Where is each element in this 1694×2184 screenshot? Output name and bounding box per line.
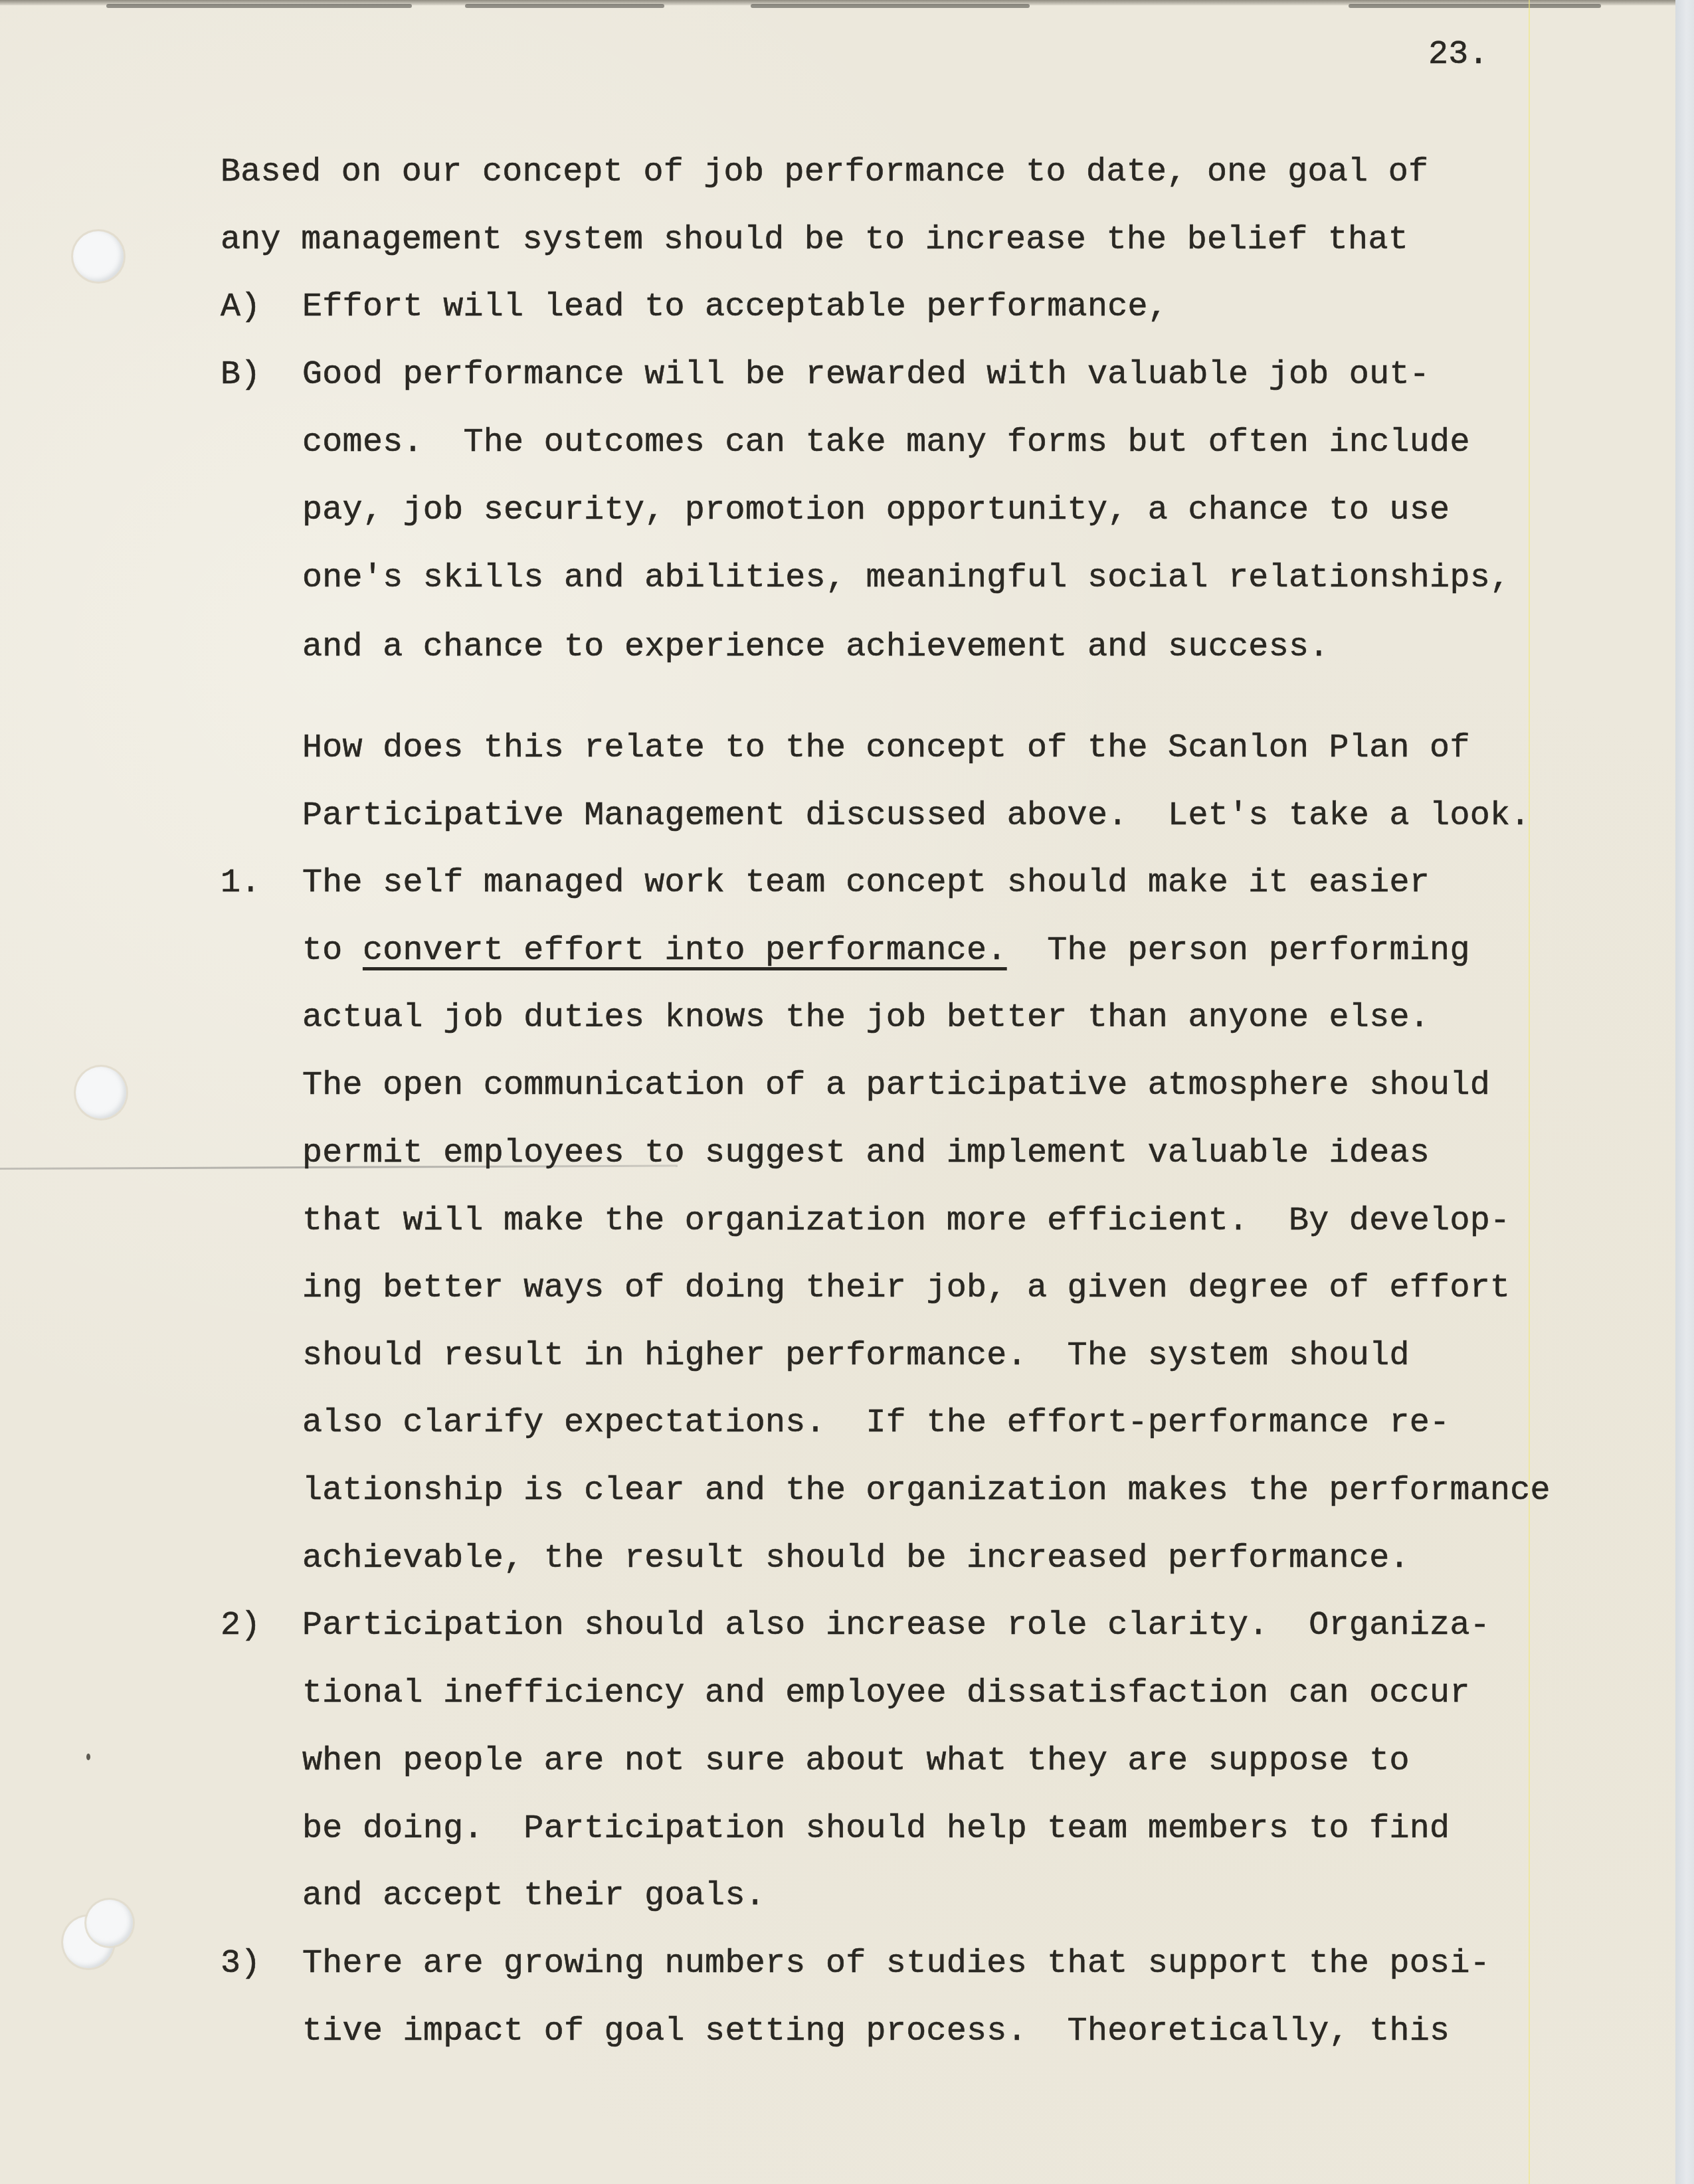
text-line: any management system should be to incre… — [221, 224, 1408, 257]
text-line: and accept their goals. — [302, 1880, 765, 1913]
top-edge-smudge — [751, 4, 1030, 8]
text-line: pay, job security, promotion opportunity… — [302, 494, 1450, 527]
ink-speck — [86, 1754, 90, 1760]
text-line: ing better ways of doing their job, a gi… — [302, 1272, 1510, 1305]
list-marker: B) — [221, 359, 261, 392]
text-line: actual job duties knows the job better t… — [302, 1002, 1430, 1035]
document-page: 23. Based on our concept of job performa… — [0, 0, 1675, 2184]
top-edge-smudge — [465, 4, 664, 8]
text-line: The self managed work team concept shoul… — [302, 867, 1430, 900]
text-line: tional inefficiency and employee dissati… — [302, 1677, 1470, 1710]
text-line: Participation should also increase role … — [302, 1609, 1490, 1643]
text-line: one's skills and abilities, meaningful s… — [302, 562, 1510, 595]
page-number: 23. — [1428, 39, 1489, 72]
punch-hole-middle — [76, 1067, 126, 1119]
margin-rule-line — [1529, 0, 1530, 2184]
text-segment: to — [302, 932, 363, 970]
text-line: when people are not sure about what they… — [302, 1745, 1410, 1778]
list-marker: 1. — [221, 867, 261, 900]
list-marker: 2) — [221, 1609, 261, 1643]
underlined-phrase: convert effort into performance. — [363, 932, 1007, 970]
text-line: to convert effort into performance. The … — [302, 935, 1470, 968]
text-line: There are growing numbers of studies tha… — [302, 1948, 1490, 1981]
scanner-edge — [1675, 0, 1694, 2184]
text-line: also clarify expectations. If the effort… — [302, 1407, 1450, 1440]
text-line: Good performance will be rewarded with v… — [302, 359, 1430, 392]
list-marker: 3) — [221, 1948, 261, 1981]
text-segment: The person performing — [1007, 932, 1470, 970]
text-line: Participative Management discussed above… — [302, 800, 1531, 833]
text-line: The open communication of a participativ… — [302, 1069, 1490, 1103]
text-line: tive impact of goal setting process. The… — [302, 2015, 1450, 2048]
text-line: be doing. Participation should help team… — [302, 1813, 1450, 1846]
top-edge-smudge — [106, 4, 412, 8]
text-line: comes. The outcomes can take many forms … — [302, 426, 1470, 460]
text-line: achievable, the result should be increas… — [302, 1542, 1410, 1576]
list-marker: A) — [221, 291, 261, 324]
text-line: that will make the organization more eff… — [302, 1205, 1510, 1238]
text-line: Effort will lead to acceptable performan… — [302, 291, 1168, 324]
text-line: should result in higher performance. The… — [302, 1340, 1410, 1373]
punch-hole-top — [73, 231, 124, 282]
punch-hole-bottom-torn — [86, 1900, 133, 1946]
top-edge-smudge — [1349, 4, 1601, 8]
text-line: lationship is clear and the organization… — [302, 1475, 1551, 1508]
text-line: permit employees to suggest and implemen… — [302, 1137, 1430, 1170]
text-line: Based on our concept of job performance … — [221, 156, 1428, 189]
text-line: How does this relate to the concept of t… — [302, 732, 1470, 765]
text-line: and a chance to experience achievement a… — [302, 631, 1329, 664]
